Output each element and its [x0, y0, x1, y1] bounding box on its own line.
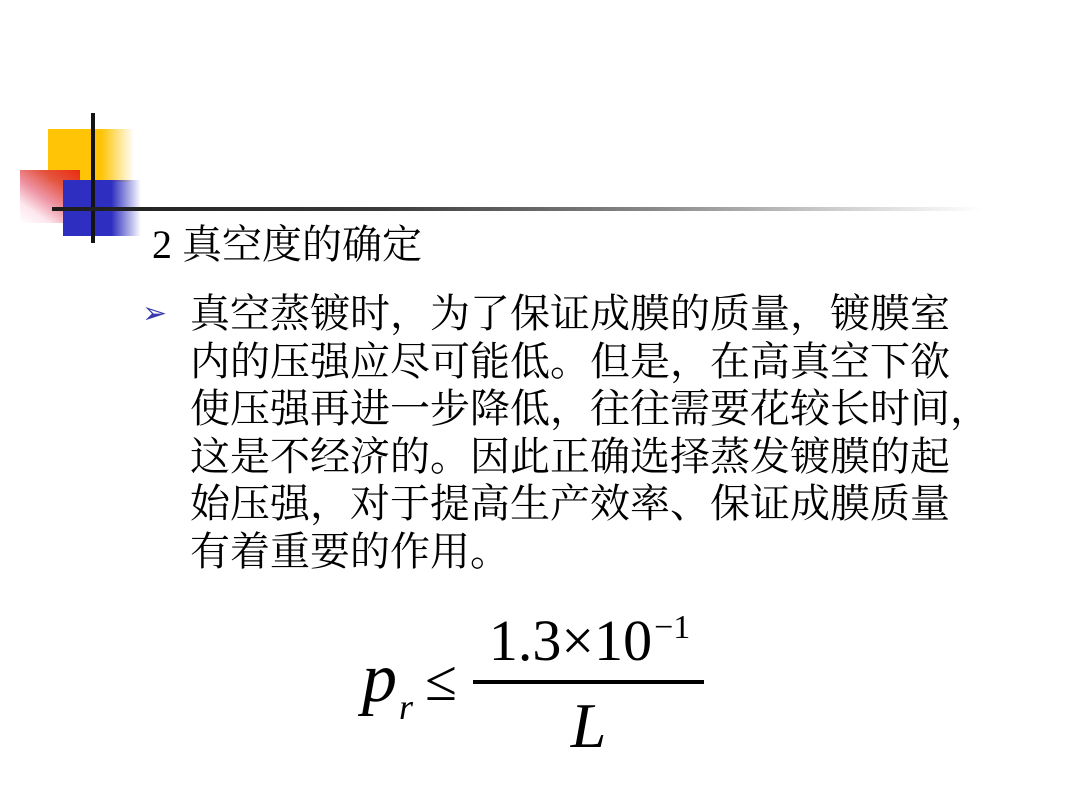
body-line: 始压强，对于提高生产效率、保证成膜质量 — [190, 480, 990, 528]
body-line: 有着重要的作用。 — [190, 528, 990, 576]
body-line: 这是不经济的。因此正确选择蒸发镀膜的起 — [190, 433, 990, 481]
formula-denominator: L — [571, 684, 607, 758]
body-line: 真空蒸镀时，为了保证成膜的质量，镀膜室 — [190, 290, 990, 338]
bullet-arrow-icon: ➢ — [142, 299, 167, 329]
formula-numerator-exponent: −1 — [654, 609, 690, 646]
formula-relation-sign: ≤ — [425, 652, 457, 710]
decor-vertical-line — [91, 113, 95, 243]
slide-title: 2 真空度的确定 — [152, 222, 422, 268]
formula-p-subscript: r — [399, 687, 413, 727]
formula-pressure-symbol: pr — [362, 644, 411, 714]
formula-fraction: 1.3×10−1 L — [473, 612, 704, 758]
decor-horizontal-rule — [52, 207, 982, 211]
body-line: 使压强再进一步降低，往往需要花较长时间， — [190, 385, 990, 433]
formula-p: p — [362, 640, 397, 717]
formula: pr ≤ 1.3×10−1 L — [362, 612, 704, 758]
formula-numerator-base: 1.3×10 — [489, 608, 652, 673]
body-text: 真空蒸镀时，为了保证成膜的质量，镀膜室 内的压强应尽可能低。但是，在高真空下欲 … — [190, 290, 990, 575]
body-line: 内的压强应尽可能低。但是，在高真空下欲 — [190, 338, 990, 386]
presentation-slide: 2 真空度的确定 ➢ 真空蒸镀时，为了保证成膜的质量，镀膜室 内的压强应尽可能低… — [0, 0, 1080, 810]
formula-numerator: 1.3×10−1 — [473, 612, 704, 684]
